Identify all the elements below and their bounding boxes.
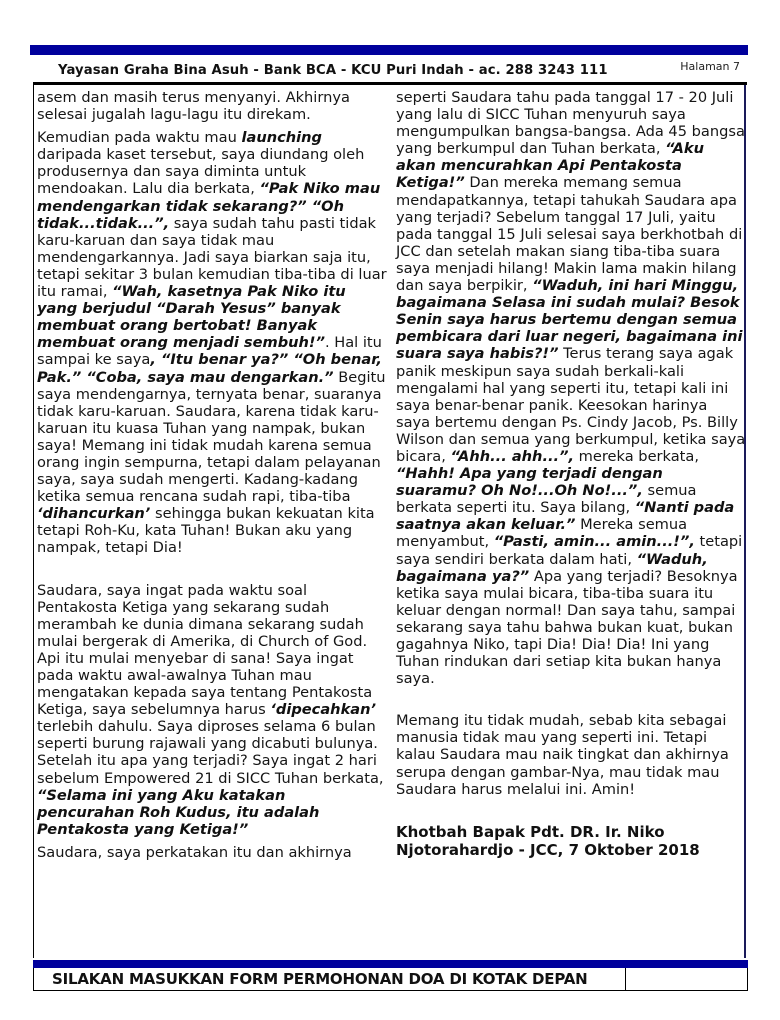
footer-divider [625, 968, 626, 990]
footer-notice-box: SILAKAN MASUKKAN FORM PERMOHONAN DOA DI … [33, 968, 748, 991]
paragraph-gap [396, 687, 746, 712]
text-run: mereka berkata, [574, 448, 699, 465]
text-run: Apa yang terjadi? Besoknya ketika saya m… [396, 568, 738, 688]
emphasis: ‘dipecahkan’ [270, 701, 376, 718]
emphasis: ‘dihancurkan’ [37, 505, 150, 522]
paragraph-gap [37, 557, 387, 582]
bottom-accent-bar [33, 960, 748, 968]
footer-notice: SILAKAN MASUKKAN FORM PERMOHONAN DOA DI … [52, 970, 588, 988]
header-title: Yayasan Graha Bina Asuh - Bank BCA - KCU… [58, 63, 608, 78]
text-run: Begitu saya mendengarnya, ternyata benar… [37, 369, 385, 506]
quote: “Selama ini yang Aku katakan pencurahan … [37, 787, 319, 838]
paragraph: seperti Saudara tahu pada tanggal 17 - 2… [396, 89, 746, 687]
article-body: asem dan masih terus menyanyi. Akhirnya … [33, 85, 746, 958]
emphasis: launching [241, 129, 322, 146]
paragraph: Saudara, saya perkatakan itu dan akhirny… [37, 844, 387, 861]
paragraph-gap [396, 798, 746, 823]
left-column: asem dan masih terus menyanyi. Akhirnya … [37, 89, 387, 861]
right-column: seperti Saudara tahu pada tanggal 17 - 2… [396, 89, 746, 859]
paragraph: Kemudian pada waktu mau launching daripa… [37, 129, 387, 556]
sermon-attribution: Khotbah Bapak Pdt. DR. Ir. Niko Njotorah… [396, 823, 746, 859]
quote: “Ahh... ahh...”, [451, 448, 575, 465]
quote: “Hahh! Apa yang terjadi dengan suaramu? … [396, 465, 663, 499]
paragraph: asem dan masih terus menyanyi. Akhirnya … [37, 89, 387, 123]
top-accent-bar [30, 45, 748, 55]
page-header: Yayasan Graha Bina Asuh - Bank BCA - KCU… [33, 60, 746, 82]
text-run: terlebih dahulu. Saya diproses selama 6 … [37, 718, 384, 786]
paragraph: Saudara, saya ingat pada waktu soal Pent… [37, 582, 387, 838]
quote: “Pasti, amin... amin...!”, [494, 533, 695, 550]
paragraph: Memang itu tidak mudah, sebab kita sebag… [396, 712, 746, 797]
page-number: Halaman 7 [680, 60, 740, 73]
text-run: Kemudian pada waktu mau [37, 129, 241, 146]
text-run: Saudara, saya ingat pada waktu soal Pent… [37, 582, 372, 719]
